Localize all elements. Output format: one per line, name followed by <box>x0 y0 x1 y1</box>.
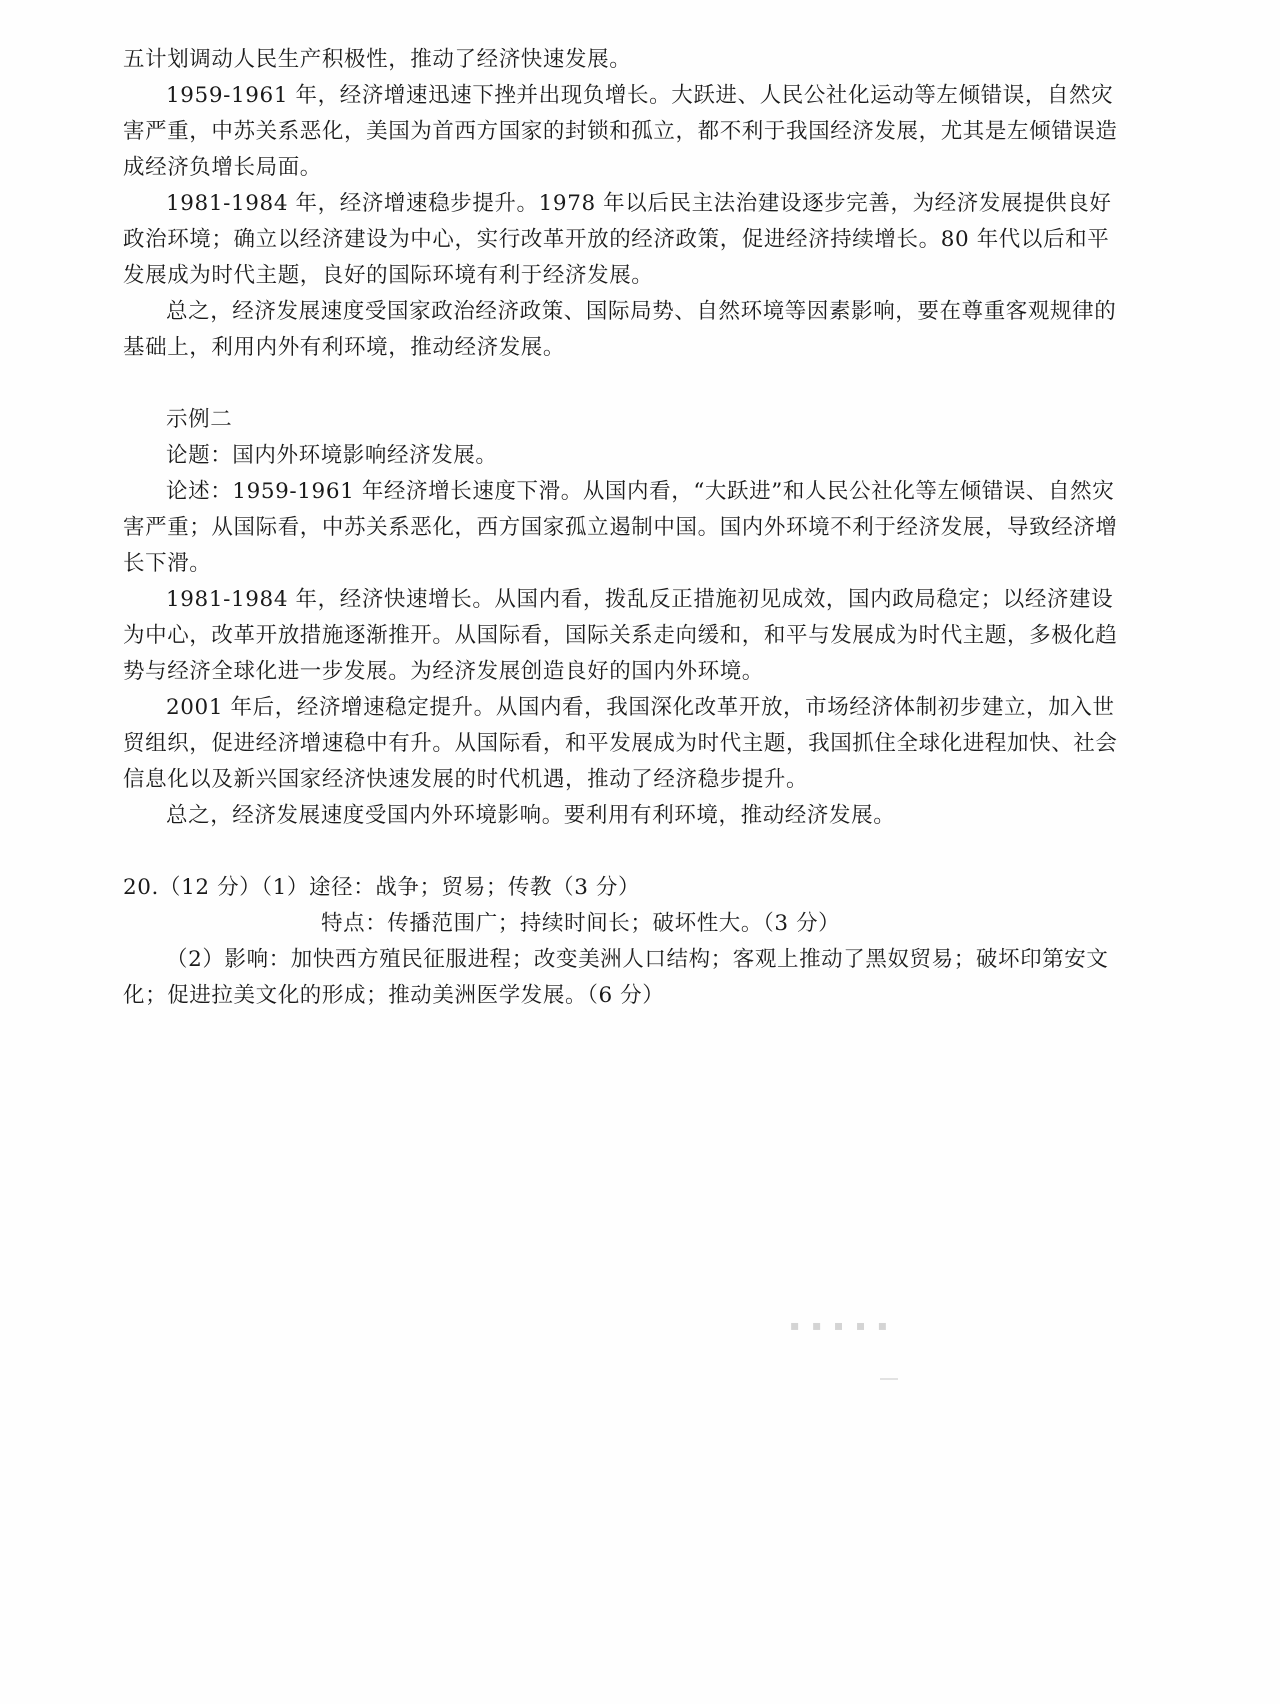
example2-conclusion: 总之，经济发展速度受国内外环境影响。要利用有利环境，推动经济发展。 <box>123 798 1123 834</box>
example1-conclusion: 总之，经济发展速度受国家政治经济政策、国际局势、自然环境等因素影响，要在尊重客观… <box>123 294 1123 366</box>
example1-paragraph-continued: 五计划调动人民生产积极性，推动了经济快速发展。 <box>123 42 1123 78</box>
question-20-part1-features: 特点：传播范围广；持续时间长；破坏性大。（3 分） <box>123 906 1123 942</box>
example1-paragraph-1981: 1981-1984 年，经济增速稳步提升。1978 年以后民主法治建设逐步完善，… <box>123 186 1123 294</box>
scanned-page: 五计划调动人民生产积极性，推动了经济快速发展。 1959-1961 年，经济增速… <box>0 0 1280 1704</box>
question-20-part1-paths: 20.（12 分）（1）途径：战争；贸易；传教（3 分） <box>123 870 1123 906</box>
example2-topic: 论题：国内外环境影响经济发展。 <box>123 438 1123 474</box>
example2-heading: 示例二 <box>123 402 1123 438</box>
example2-paragraph-1981: 1981-1984 年，经济快速增长。从国内看，拨乱反正措施初见成效，国内政局稳… <box>123 582 1123 690</box>
section-spacer <box>123 366 1123 402</box>
example2-paragraph-2001: 2001 年后，经济增速稳定提升。从国内看，我国深化改革开放，市场经济体制初步建… <box>123 690 1123 798</box>
question-20-part2-impact: （2）影响：加快西方殖民征服进程；改变美洲人口结构；客观上推动了黑奴贸易；破坏印… <box>123 942 1123 1014</box>
example2-paragraph-1959: 论述：1959-1961 年经济增长速度下滑。从国内看，“大跃进”和人民公社化等… <box>123 474 1123 582</box>
section-spacer <box>123 834 1123 870</box>
example1-paragraph-1959: 1959-1961 年，经济增速迅速下挫并出现负增长。大跃进、人民公社化运动等左… <box>123 78 1123 186</box>
answer-content: 五计划调动人民生产积极性，推动了经济快速发展。 1959-1961 年，经济增速… <box>123 42 1123 1014</box>
faint-scan-dot <box>880 1378 898 1380</box>
faint-scan-artifact: ▪ ▪ ▪ ▪ ▪ <box>790 1318 891 1334</box>
